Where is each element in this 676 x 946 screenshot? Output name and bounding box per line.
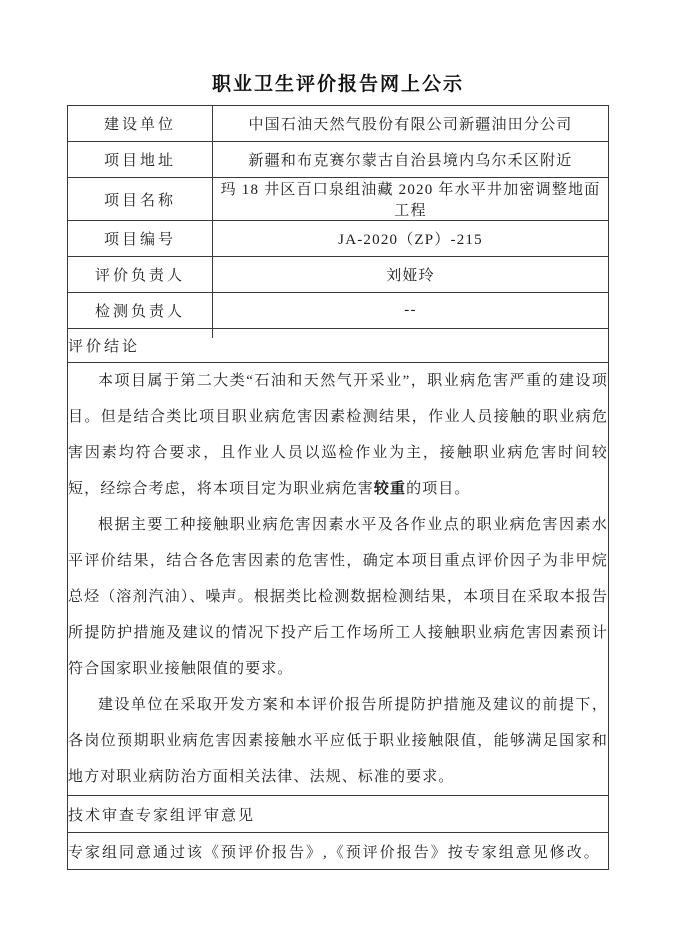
evaluation-lead-label: 评价负责人 (68, 257, 213, 293)
conclusion-paragraph-2: 根据主要工种接触职业病危害因素水平及各作业点的职业病危害因素水平评价结果，结合各… (68, 507, 608, 687)
construction-unit-label: 建设单位 (68, 106, 213, 142)
project-name-value: 玛 18 井区百口泉组油藏 2020 年水平井加密调整地面工程 (213, 178, 609, 221)
paragraph-1-text-before: 本项目属于第二大类“石油和天然气开采业”，职业病危害严重的建设项目。但是结合类比… (68, 373, 608, 497)
row-conclusion-body: 本项目属于第二大类“石油和天然气开采业”，职业病危害严重的建设项目。但是结合类比… (68, 363, 609, 796)
row-conclusion-header: 评价结论 (68, 329, 609, 363)
review-opinion: 专家组同意通过该《预评价报告》,《预评价报告》按专家组意见修改。 (68, 833, 609, 870)
conclusion-paragraph-1: 本项目属于第二大类“石油和天然气开采业”，职业病危害严重的建设项目。但是结合类比… (68, 363, 608, 507)
column-divider-remnant (212, 328, 213, 338)
testing-lead-label: 检测负责人 (68, 293, 213, 329)
evaluation-lead-value: 刘娅玲 (213, 257, 609, 293)
conclusion-header-label: 评价结论 (68, 339, 140, 355)
paragraph-1-text-after: 的项目。 (406, 481, 470, 497)
row-testing-lead: 检测负责人 -- (68, 293, 609, 329)
row-project-number: 项目编号 JA-2020（ZP）-215 (68, 221, 609, 257)
row-project-name: 项目名称 玛 18 井区百口泉组油藏 2020 年水平井加密调整地面工程 (68, 178, 609, 221)
row-project-address: 项目地址 新疆和布克赛尔蒙古自治县境内乌尔禾区附近 (68, 142, 609, 178)
project-address-label: 项目地址 (68, 142, 213, 178)
row-review-opinion: 专家组同意通过该《预评价报告》,《预评价报告》按专家组意见修改。 (68, 833, 609, 870)
paragraph-1-bold-segment: 较重 (374, 481, 406, 497)
conclusion-header: 评价结论 (68, 329, 609, 363)
row-review-header: 技术审查专家组评审意见 (68, 796, 609, 833)
row-construction-unit: 建设单位 中国石油天然气股份有限公司新疆油田分公司 (68, 106, 609, 142)
document-page: 职业卫生评价报告网上公示 建设单位 中国石油天然气股份有限公司新疆油田分公司 项… (0, 0, 676, 946)
page-title: 职业卫生评价报告网上公示 (0, 72, 676, 98)
project-address-value: 新疆和布克赛尔蒙古自治县境内乌尔禾区附近 (213, 142, 609, 178)
row-evaluation-lead: 评价负责人 刘娅玲 (68, 257, 609, 293)
review-header: 技术审查专家组评审意见 (68, 796, 609, 833)
notice-table: 建设单位 中国石油天然气股份有限公司新疆油田分公司 项目地址 新疆和布克赛尔蒙古… (67, 105, 609, 870)
testing-lead-value: -- (213, 293, 609, 329)
project-number-value: JA-2020（ZP）-215 (213, 221, 609, 257)
construction-unit-value: 中国石油天然气股份有限公司新疆油田分公司 (213, 106, 609, 142)
project-number-label: 项目编号 (68, 221, 213, 257)
conclusion-paragraph-3: 建设单位在采取开发方案和本评价报告所提防护措施及建议的前提下，各岗位预期职业病危… (68, 687, 608, 795)
project-name-label: 项目名称 (68, 178, 213, 221)
conclusion-body: 本项目属于第二大类“石油和天然气开采业”，职业病危害严重的建设项目。但是结合类比… (68, 363, 609, 796)
